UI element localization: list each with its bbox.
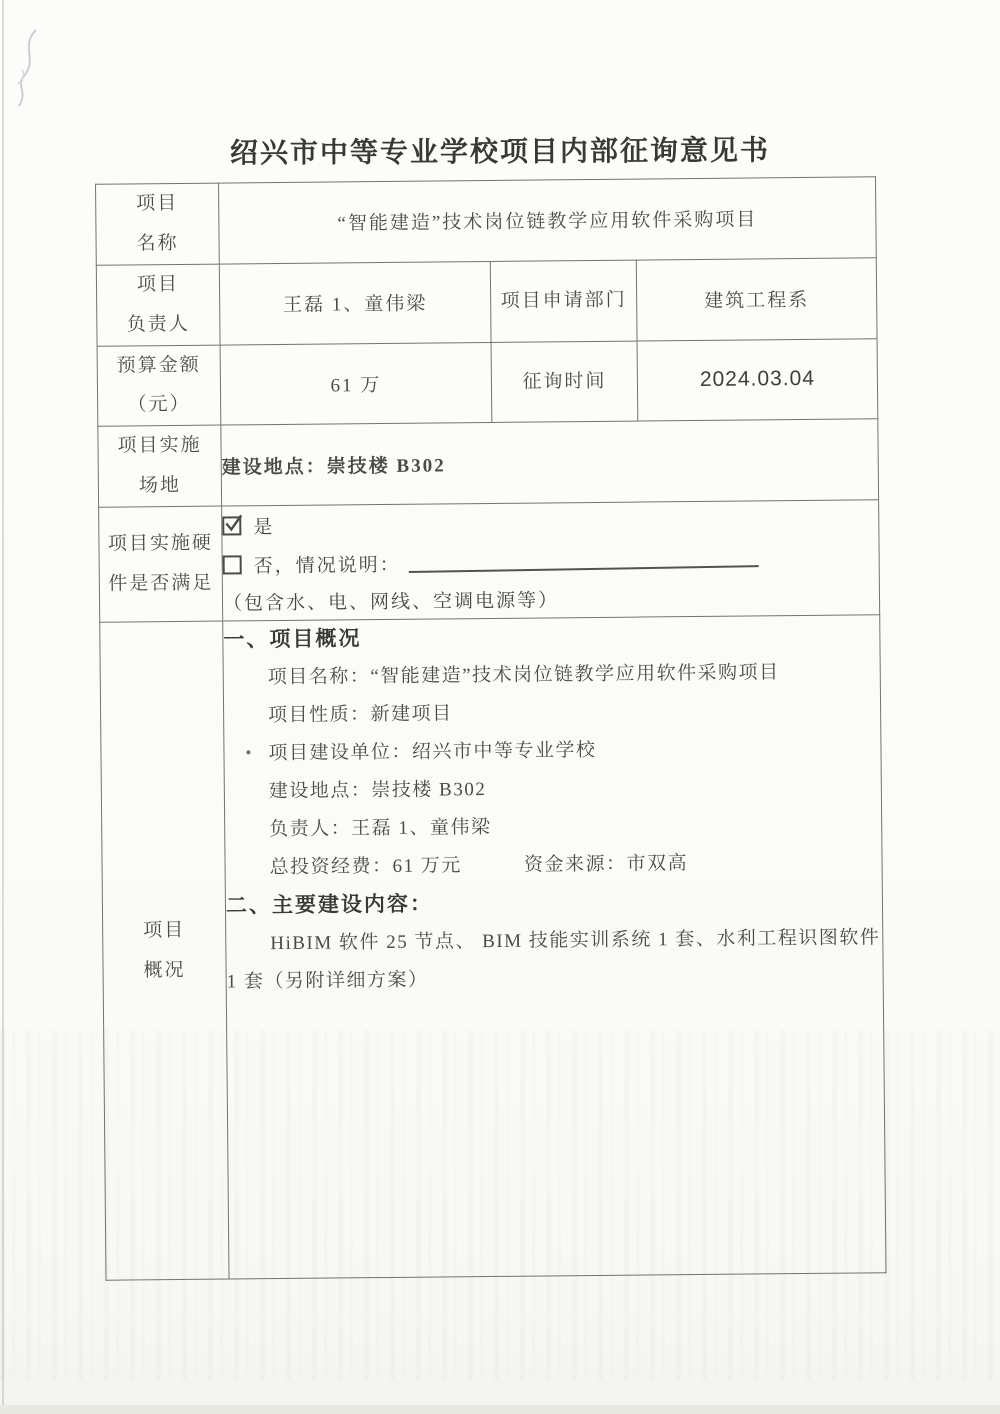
checkbox-unchecked-icon xyxy=(223,555,242,574)
budget-label: 预算金额 （元） xyxy=(97,345,221,427)
hardware-no-option: 否，情况说明： xyxy=(222,538,878,584)
pencil-scribble xyxy=(12,26,48,112)
applying-department-value: 建筑工程系 xyxy=(636,258,877,341)
overview-section1-heading: 一、项目概况 xyxy=(223,615,879,659)
overview-section2-heading: 二、主要建设内容： xyxy=(226,881,882,925)
project-name-label: 项目 名称 xyxy=(96,183,220,265)
overview-line-project-name: 项目名称：“智能建造”技术岗位链教学应用软件采购项目 xyxy=(224,653,880,697)
table-row: 项目实施硬 件是否满足 是 否，情况说明： xyxy=(99,500,880,622)
overview-funding-source: 资金来源：市双高 xyxy=(524,853,688,876)
explanation-blank-line xyxy=(409,549,759,573)
overview-investment: 总投资经费：61 万元 xyxy=(269,855,461,878)
page-title: 绍兴市中等专业学校项目内部征询意见书 xyxy=(0,127,1000,172)
inquiry-time-label: 征询时间 xyxy=(491,341,638,423)
overview-line-project-nature: 项目性质：新建项目 xyxy=(224,691,880,735)
hardware-yes-option: 是 xyxy=(222,500,878,544)
hardware-no-label: 否，情况说明： xyxy=(254,549,401,577)
scan-noise xyxy=(0,1030,1000,1380)
overview-line-leader: 负责人：王磊 1、童伟梁 xyxy=(225,805,881,849)
budget-value: 61 万 xyxy=(220,342,492,425)
overview-line-investment: 总投资经费：61 万元 资金来源：市双高 xyxy=(225,843,881,887)
project-leader-value: 王磊 1、童伟梁 xyxy=(219,261,491,344)
scanned-page: 绍兴市中等专业学校项目内部征询意见书 项目 名称 “智能建造”技术岗位链教学应用… xyxy=(0,0,1000,1414)
table-row: 预算金额 （元） 61 万 征询时间 2024.03.04 xyxy=(97,338,878,426)
applying-department-label: 项目申请部门 xyxy=(490,260,637,342)
table-row: 项目实施 场地 建设地点：崇技楼 B302 xyxy=(98,419,879,507)
overview-line-construction-unit: 项目建设单位：绍兴市中等专业学校 xyxy=(224,729,880,773)
hardware-satisfied-label: 项目实施硬 件是否满足 xyxy=(99,506,223,622)
checkbox-checked-icon xyxy=(222,516,241,535)
table-row: 项目 名称 “智能建造”技术岗位链教学应用软件采购项目 xyxy=(96,177,877,265)
overview-content-line1: HiBIM 软件 25 节点、 BIM 技能实训系统 1 套、水利工程识图软件 xyxy=(226,919,882,963)
scan-left-edge xyxy=(2,0,4,1414)
overview-line-site: 建设地点：崇技楼 B302 xyxy=(225,767,881,811)
project-name-value: “智能建造”技术岗位链教学应用软件采购项目 xyxy=(219,177,877,264)
inquiry-time-value: 2024.03.04 xyxy=(637,338,878,421)
implementation-site-value: 建设地点：崇技楼 B302 xyxy=(221,419,879,506)
implementation-site-label: 项目实施 场地 xyxy=(98,425,222,507)
hardware-satisfied-cell: 是 否，情况说明： （包含水、电、网线、空调电源等） xyxy=(222,500,880,621)
project-leader-label: 项目 负责人 xyxy=(96,264,220,346)
table-row: 项目 负责人 王磊 1、童伟梁 项目申请部门 建筑工程系 xyxy=(96,258,877,346)
overview-content-line2: 1 套（另附详细方案） xyxy=(227,957,883,1001)
scan-bottom-strip xyxy=(0,1405,1000,1414)
hardware-yes-label: 是 xyxy=(253,512,274,539)
